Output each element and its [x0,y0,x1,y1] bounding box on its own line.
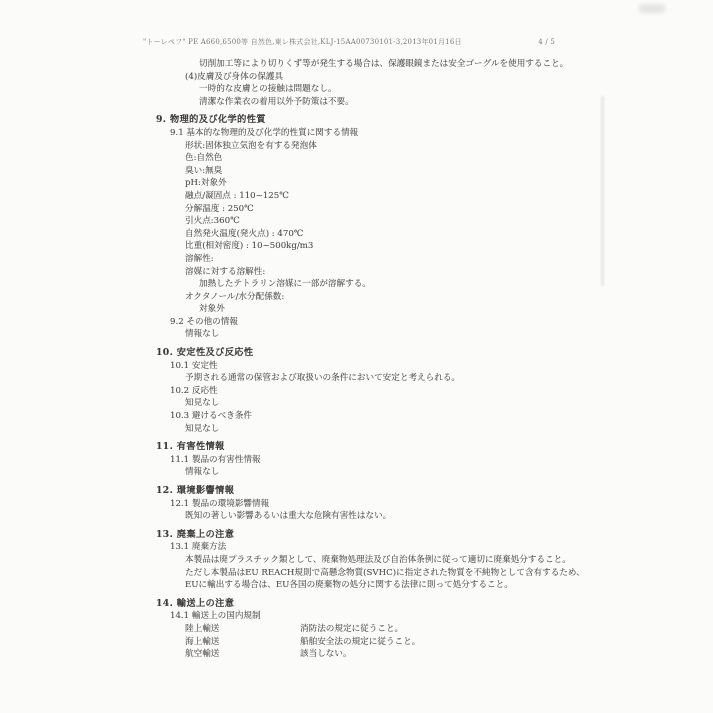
environment-info-value: 既知の著しい影響あるいは重大な危険有害性はない。 [0,510,713,523]
page-number: 4 / 5 [538,38,555,46]
subsection-9-2-heading: 9.2 その他の情報 [0,316,713,329]
page-header: "トーレペフ" PE A660,6500等 自然色,東レ株式会社,KLJ-15A… [143,37,555,47]
solvent-solubility-note: 加熱したテトラリン溶媒に一部が溶解する。 [0,278,713,291]
document-page: "トーレペフ" PE A660,6500等 自然色,東レ株式会社,KLJ-15A… [0,0,713,713]
subsection-11-1-heading: 11.1 製品の有害性情報 [0,454,713,467]
skin-contact-note: 一時的な皮膚との接触は問題なし。 [0,83,713,96]
section-14-heading: 14. 輸送上の注意 [0,598,713,611]
disposal-note-2: ただし本製品はEU REACH規則で高懸念物質(SVHC)に指定された物質を不純… [0,567,713,580]
field-octanol-water: オクタノール/水分配係数: [0,291,713,304]
section-10-heading: 10. 安定性及び反応性 [0,347,713,360]
field-form: 形状:固体独立気泡を有する発泡体 [0,140,713,153]
subsection-9-1-heading: 9.1 基本的な物理的及び化学的性質に関する情報 [0,127,713,140]
field-color: 色:自然色 [0,152,713,165]
transport-mode-label: 海上輸送 [185,636,300,649]
document-body: 切削加工等により切りくず等が発生する場合は、保護眼鏡または安全ゴーグルを使用する… [0,58,713,661]
disposal-note-1: 本製品は廃プラスチック類として、廃棄物処理法及び自治体条例に従って適切に廃棄処分… [0,554,713,567]
field-flash-point: 引火点:360℃ [0,215,713,228]
transport-rule-value: 消防法の規定に従うこと。 [300,624,403,634]
octanol-water-value: 対象外 [0,303,713,316]
header-document-id: "トーレペフ" PE A660,6500等 自然色,東レ株式会社,KLJ-15A… [143,37,462,47]
field-melting-point: 融点/凝固点 : 110~125℃ [0,190,713,203]
section-11-heading: 11. 有害性情報 [0,441,713,454]
subsection-14-1-heading: 14.1 輸送上の国内規制 [0,610,713,623]
section-12-heading: 12. 環境影響情報 [0,485,713,498]
skin-protection-heading: (4)皮膚及び身体の保護具 [0,71,713,84]
subsection-10-2-heading: 10.2 反応性 [0,385,713,398]
field-autoignition-temp: 自然発火温度(発火点) : 470℃ [0,228,713,241]
conditions-to-avoid-value: 知見なし [0,423,713,436]
subsection-13-1-heading: 13.1 廃棄方法 [0,541,713,554]
subsection-10-1-heading: 10.1 安定性 [0,360,713,373]
section-13-heading: 13. 廃棄上の注意 [0,529,713,542]
transport-row-land: 陸上輸送消防法の規定に従うこと。 [0,623,713,636]
field-specific-gravity: 比重(相対密度) : 10~500kg/m3 [0,240,713,253]
stability-note: 予期される通常の保管および取扱いの条件において安定と考えられる。 [0,372,713,385]
field-decomposition-temp: 分解温度 : 250℃ [0,203,713,216]
transport-mode-label: 陸上輸送 [185,623,300,636]
hazard-info-value: 情報なし [0,466,713,479]
other-info-value: 情報なし [0,328,713,341]
transport-rule-value: 船舶安全法の規定に従うこと。 [300,637,420,647]
work-clothes-note: 清潔な作業衣の着用以外予防策は不要。 [0,96,713,109]
transport-mode-label: 航空輸送 [185,648,300,661]
protective-eyewear-note: 切削加工等により切りくず等が発生する場合は、保護眼鏡または安全ゴーグルを使用する… [0,58,713,71]
disposal-note-3: EUに輸出する場合は、EU各国の廃棄物の処分に関する法律に則って処分すること。 [0,579,713,592]
section-9-heading: 9. 物理的及び化学的性質 [0,114,713,127]
field-ph: pH:対象外 [0,177,713,190]
field-solvent-solubility: 溶媒に対する溶解性: [0,266,713,279]
subsection-10-3-heading: 10.3 避けるべき条件 [0,410,713,423]
transport-row-sea: 海上輸送船舶安全法の規定に従うこと。 [0,636,713,649]
scan-artifact-corner [639,4,665,13]
field-solubility: 溶解性: [0,253,713,266]
subsection-12-1-heading: 12.1 製品の環境影響情報 [0,498,713,511]
field-odor: 臭い:無臭 [0,165,713,178]
reactivity-value: 知見なし [0,397,713,410]
transport-row-air: 航空輸送該当しない。 [0,648,713,661]
transport-rule-value: 該当しない。 [300,649,352,659]
